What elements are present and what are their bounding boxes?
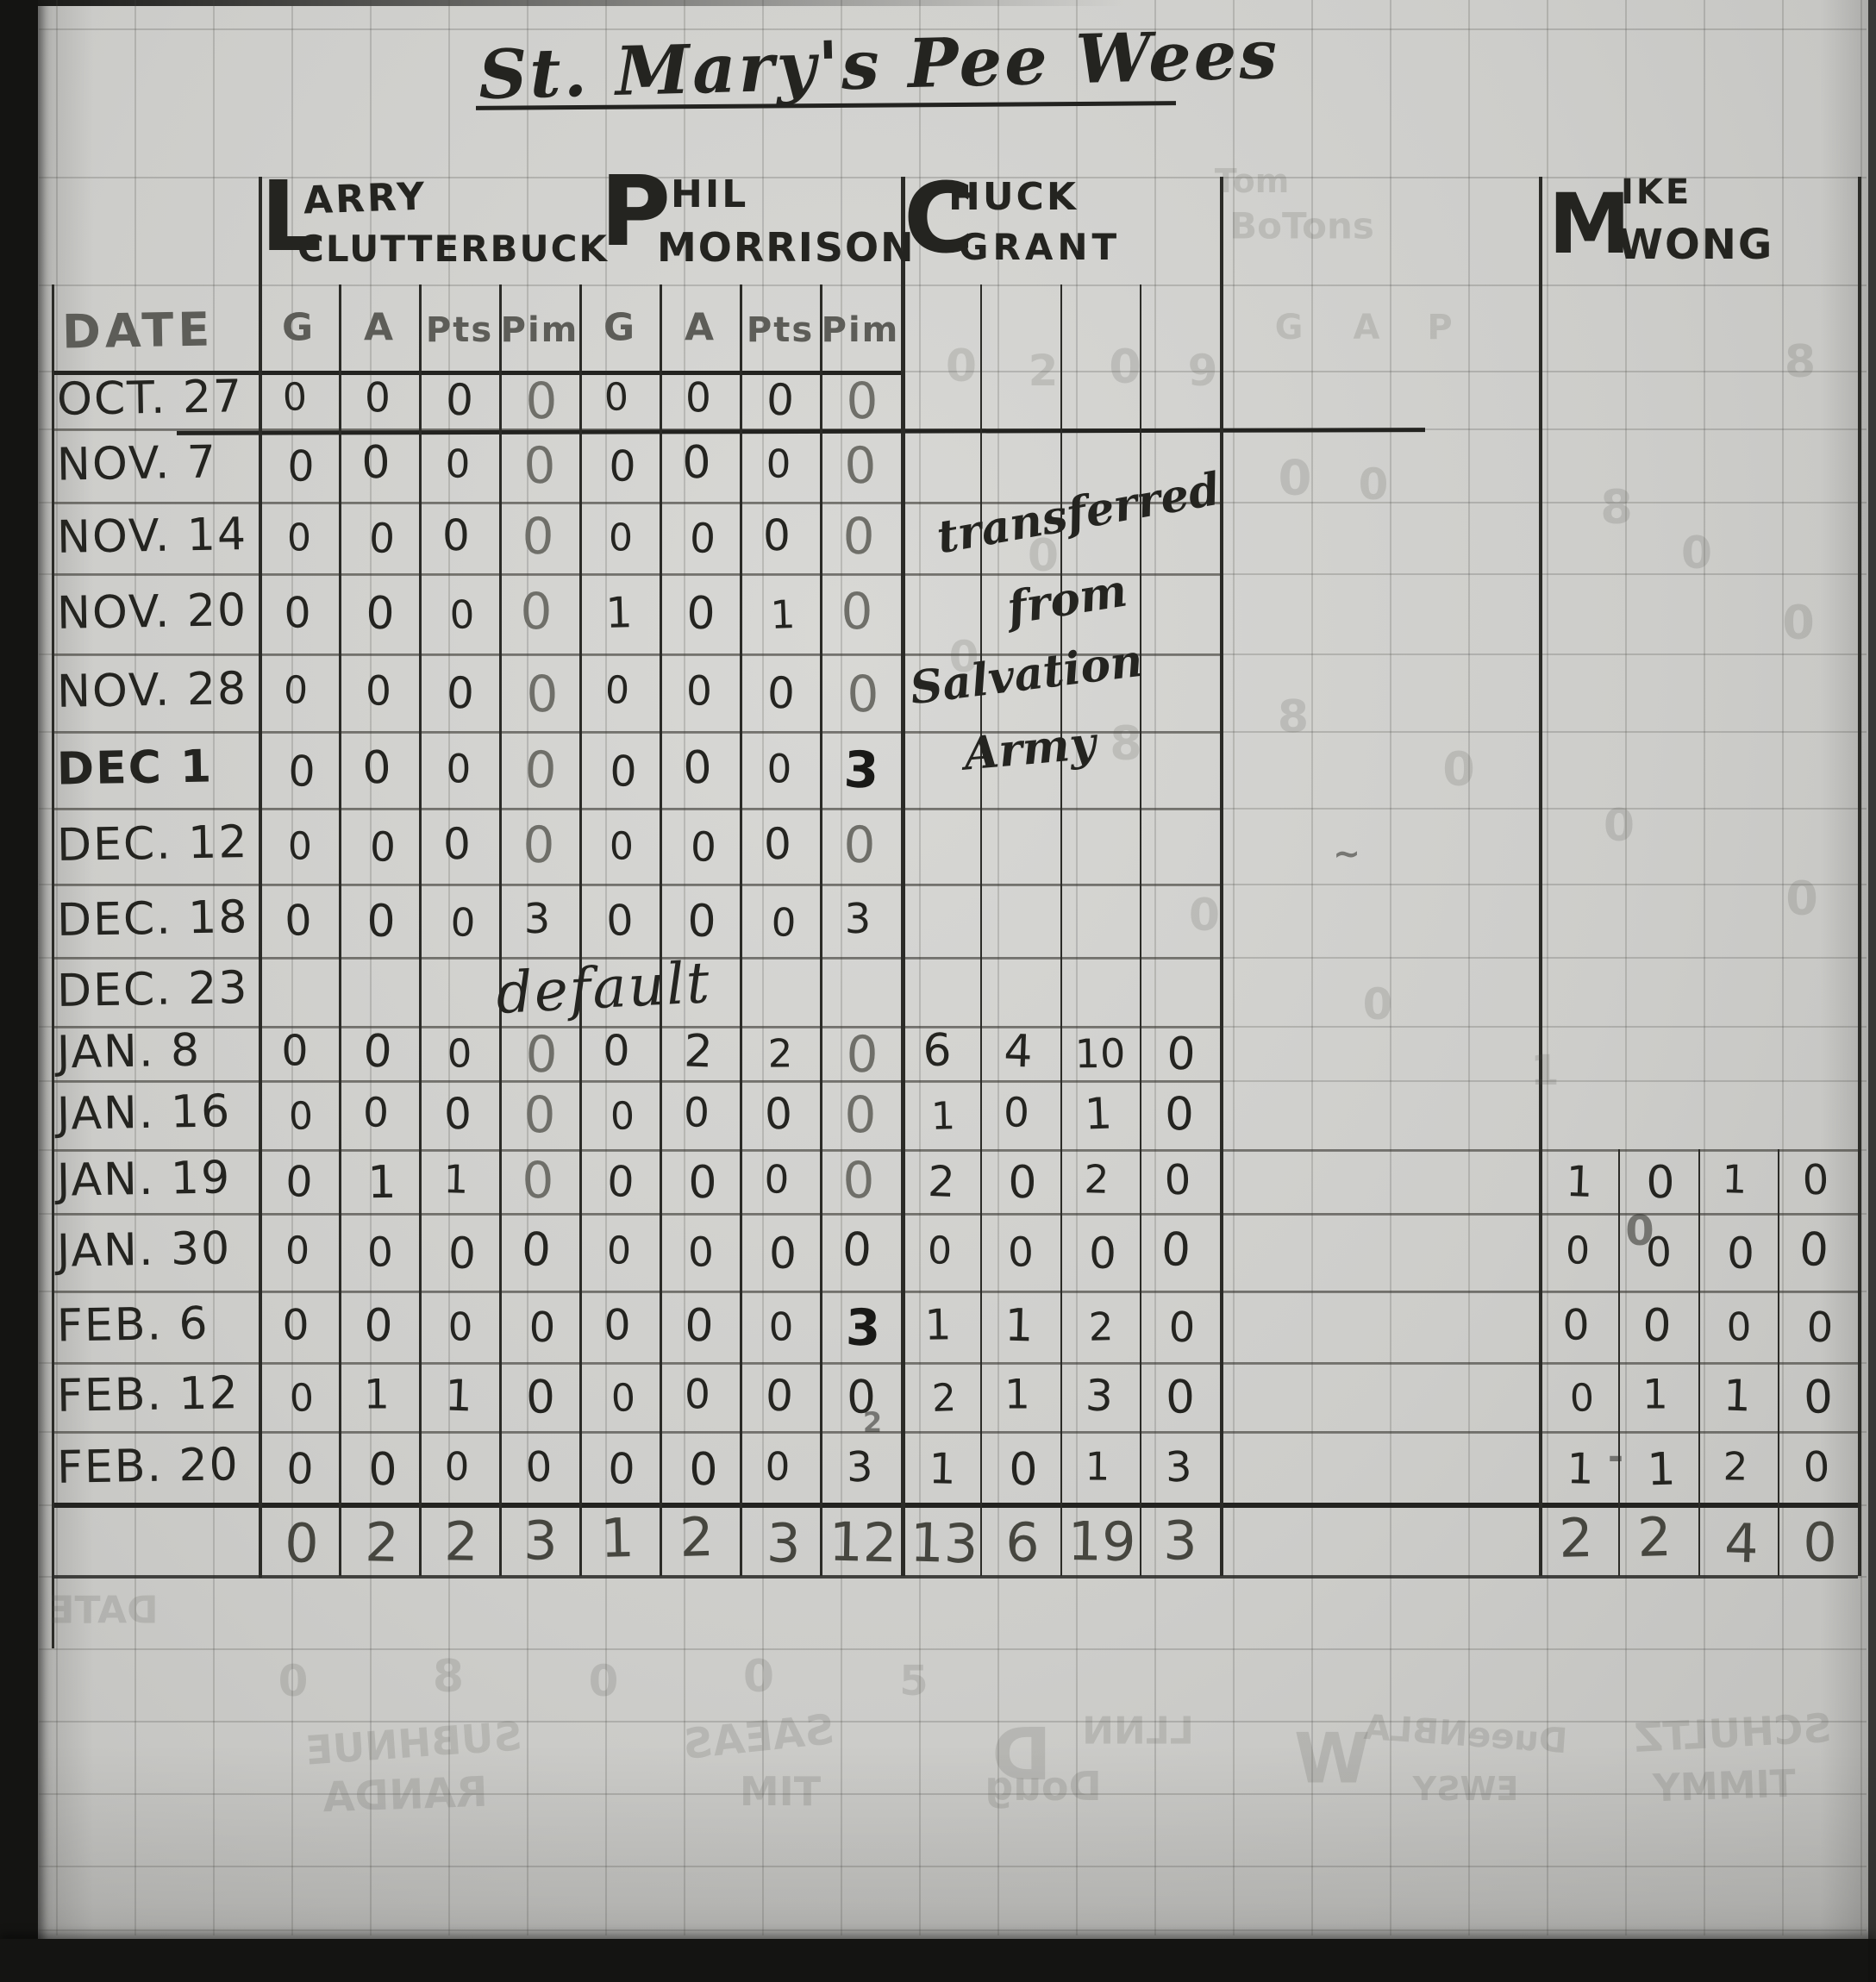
grid-line [1390,0,1391,1935]
cell-larry-g: 0 [289,1376,315,1421]
cell-larry-pts: 0 [445,441,470,487]
cell-phil-a: 0 [686,668,713,716]
column-header-date: DATE [61,302,214,359]
grid-line [339,284,341,1576]
ghost-text: 0 [278,1656,309,1706]
cell-larry-a: 0 [361,741,391,794]
cell-phil-pim: 0 [845,1085,877,1144]
cell-chuck-g: 2 [927,1157,955,1207]
ghost-text: Tom [1215,162,1290,200]
ghost-text: 8 [433,1651,464,1703]
cell-larry-g: 0 [288,825,313,869]
grid-line [980,284,982,1576]
ghost-text: 0 [1279,451,1312,507]
cell-phil-g: 0 [603,1027,629,1076]
cell-wong-pts: 0 [1727,1229,1754,1279]
grid-line [762,0,764,1935]
cell-phil-g: 1 [605,588,634,638]
cell-phil-pts: 0 [769,1229,797,1279]
cell-larry-pim: 0 [526,664,560,723]
cell-larry-g: 0 [281,1027,308,1076]
cell-larry-pts: 0 [444,1443,469,1489]
ghost-text: Doug [985,1763,1101,1810]
grid-line [1154,0,1156,1935]
player-last-name: CLUTTERBUCK [297,228,609,270]
cell-phil-a: 0 [690,824,716,872]
grid-line [1060,284,1062,1576]
cell-wong-pim: 0 [1804,1371,1833,1423]
cell-chuck-g: 1 [929,1444,957,1494]
player-last-name: GRANT [959,226,1121,268]
grid-line [820,284,822,1576]
cell-wong-a: 0 [1646,1157,1675,1209]
ghost-text: TIM [740,1768,821,1815]
scan-edge-right [1868,0,1876,1982]
cell-larry-pim: 0 [526,1371,555,1423]
cell-chuck-pim: 0 [1160,1222,1191,1276]
cell-larry-a: 0 [369,824,396,872]
cell-phil-pim: 3 [845,1298,880,1357]
column-header-a: A [364,306,395,350]
cell-phil-pim: 0 [842,1150,876,1210]
cell-larry-pim: 0 [525,1442,553,1491]
total-phil-pts: 3 [766,1511,801,1575]
ghost-text: EWSY [1413,1770,1519,1808]
cell-larry-pim: 0 [528,1304,555,1352]
date-cell: DEC. 12 [56,816,248,872]
total-phil-g: 1 [600,1506,635,1570]
cell-phil-pts: 0 [765,1371,794,1422]
cell-larry-pim: 0 [523,740,557,799]
cell-phil-g: 0 [610,1376,636,1421]
cell-phil-g: 0 [610,825,635,869]
cell-phil-pts: 0 [766,374,795,425]
grid-line [919,0,921,1935]
total-wong-pim: 0 [1803,1510,1838,1574]
grid-line [1076,0,1078,1935]
ghost-text: 5 [899,1657,928,1705]
cell-larry-pts: 0 [442,819,471,870]
date-cell: JAN. 30 [56,1222,231,1278]
cell-wong-pts: 0 [1726,1304,1752,1350]
cell-larry-g: 0 [288,747,316,796]
cell-phil-pim: 3 [843,740,880,799]
default-note: default [495,949,713,1027]
cell-phil-pts: 0 [768,1304,794,1350]
cell-chuck-a: 1 [1004,1372,1030,1419]
cell-wong-pim: 0 [1803,1442,1831,1491]
ghost-text: 0 [1782,596,1815,650]
cell-larry-pim: 0 [522,507,555,566]
column-header-pim: Pim [501,310,579,350]
cell-larry-a: 0 [366,896,395,947]
cell-wong-a: 1 [1647,1443,1677,1496]
cell-larry-a: 0 [366,668,392,716]
total-larry-g: 0 [284,1511,319,1575]
grid-line [1782,0,1784,1935]
ghost-text: W [1294,1719,1370,1799]
scan-edge-bottom [0,1939,1876,1982]
ghost-text: 0 [1359,460,1389,510]
player-first-name: HIL [671,172,748,216]
cell-chuck-a: 1 [1004,1299,1035,1352]
cell-wong-pim: 0 [1806,1304,1833,1352]
cell-chuck-pim: 0 [1168,1304,1195,1352]
cell-phil-pts: 0 [766,667,795,718]
ghost-text: 0 [589,1656,619,1706]
cell-chuck-g: 1 [930,1094,955,1139]
ghost-text: 0 [1442,742,1475,797]
grid-line [52,1291,1858,1293]
cell-larry-g: 0 [282,1300,310,1349]
cell-phil-pim: 0 [847,664,880,723]
stray-mark: 2 [863,1406,882,1439]
cell-larry-a: 0 [362,1026,392,1079]
ghost-text: 0 [946,341,977,392]
cell-chuck-a: 0 [1008,1157,1037,1209]
cell-larry-g: 0 [283,668,309,713]
ghost-text: BoTons [1229,205,1374,247]
ghost-text: P [1427,308,1452,347]
cell-phil-pim: 0 [846,371,879,429]
ghost-text: G [1275,308,1304,347]
cell-wong-g: 1 [1566,1444,1595,1494]
date-cell: DEC. 18 [56,891,248,947]
cell-wong-g: 1 [1565,1157,1593,1207]
ghost-text: SCHULTZ [1633,1704,1833,1761]
cell-larry-pim: 3 [523,895,550,943]
grid-line [1220,177,1223,1576]
total-larry-pts: 2 [444,1510,478,1573]
grid-line [259,177,262,1578]
column-header-g: G [282,306,315,350]
date-cell: JAN. 16 [56,1085,231,1141]
grid-line [52,1575,1858,1579]
cell-phil-g: 0 [609,516,633,560]
cell-larry-pim: 0 [525,371,558,429]
cell-phil-pim: 0 [843,816,876,874]
grid-line [52,808,1220,810]
grid-line [52,1362,1858,1365]
stray-mark: 0 [1625,1207,1654,1255]
grid-line [52,1149,1858,1152]
ghost-text: 8 [1278,691,1309,743]
cell-chuck-pts: 3 [1085,1371,1114,1422]
cell-phil-pts: 0 [764,1156,790,1203]
player-last-name: WONG [1617,221,1773,269]
cell-larry-pts: 0 [447,746,472,791]
cell-wong-g: 0 [1569,1376,1595,1421]
date-cell: NOV. 14 [56,509,247,564]
ghost-text: 0 [1189,890,1220,941]
ghost-text: 0 [1681,528,1712,579]
date-cell: DEC 1 [56,741,213,795]
ghost-text: 8 [1110,716,1142,771]
grid-line [1698,1149,1700,1576]
total-phil-a: 2 [678,1505,714,1569]
cell-phil-g: 0 [610,1094,635,1139]
cell-phil-pim: 0 [843,435,877,495]
stray-mark: ~ [1333,835,1360,872]
cell-larry-pts: 1 [443,1156,469,1203]
total-wong-g: 2 [1559,1506,1594,1570]
cell-chuck-a: 0 [1004,1089,1030,1136]
ghost-text: DueeNBLA [1363,1708,1569,1761]
grid-line [1625,0,1627,1935]
cell-wong-a: 1 [1642,1372,1668,1419]
cell-phil-pim: 0 [841,1222,872,1276]
column-header-g: G [603,306,636,350]
cell-phil-a: 0 [685,1372,710,1419]
grid-line [419,284,422,1576]
cell-chuck-a: 0 [1007,1229,1035,1277]
cell-wong-pim: 0 [1798,1222,1829,1276]
cell-larry-a: 0 [368,1443,398,1496]
ghost-text: 0 [949,632,979,682]
cell-larry-pts: 0 [450,899,477,946]
column-header-pts: Pts [426,310,493,350]
player-first-name: IKE [1621,172,1692,212]
grid-line [39,1793,1867,1795]
grid-line [52,1213,1858,1216]
ghost-text: A [1354,308,1380,347]
grid-line [1858,177,1861,1576]
cell-larry-pts: 1 [444,1371,473,1422]
transfer-note-line: transferred [933,463,1223,565]
cell-phil-a: 2 [683,1026,713,1079]
grid-line [370,0,372,1935]
date-cell: JAN. 8 [56,1024,201,1079]
grid-line [52,1431,1858,1434]
cell-larry-pim: 0 [524,1085,556,1144]
cell-phil-a: 0 [682,437,712,490]
cell-larry-pts: 0 [443,1088,472,1139]
total-chuck-a: 6 [1005,1510,1041,1574]
cell-phil-a: 0 [689,1443,719,1496]
cell-phil-pts: 0 [766,441,791,487]
grid-line [52,1026,1220,1029]
total-wong-pts: 4 [1723,1511,1759,1575]
column-header-a: A [685,306,716,350]
total-wong-a: 2 [1636,1505,1672,1569]
ghost-text: 0 [1109,340,1141,394]
ghost-text: 0 [1785,872,1818,926]
cell-larry-g: 0 [287,441,316,491]
cell-larry-pts: 0 [448,1229,476,1279]
cell-chuck-g: 0 [928,1229,953,1273]
cell-larry-pim: 0 [522,435,556,495]
cell-larry-g: 0 [286,1444,315,1494]
player-last-name: MORRISON [657,224,916,271]
grid-line [448,0,450,1935]
date-cell: NOV. 7 [56,436,217,491]
cell-larry-a: 0 [365,375,391,422]
ghost-text: 8 [1600,480,1633,535]
cell-chuck-pts: 1 [1085,1443,1110,1489]
total-chuck-pim: 3 [1163,1510,1198,1572]
date-cell: NOV. 28 [56,663,247,718]
cell-larry-a: 0 [366,1229,394,1277]
cell-phil-a: 0 [685,1299,715,1352]
cell-larry-a: 0 [368,515,396,563]
date-cell: DEC. 23 [56,962,248,1017]
ghost-text: LLNN [1082,1710,1194,1754]
cell-chuck-pim: 3 [1165,1442,1193,1491]
page-title: St. Mary's Pee Wees [478,16,1280,115]
cell-larry-pts: 0 [447,1304,473,1350]
cell-chuck-pts: 1 [1084,1088,1113,1139]
cell-larry-pts: 0 [442,510,471,560]
date-cell: FEB. 6 [56,1297,209,1352]
cell-wong-g: 0 [1562,1300,1590,1349]
grid-line [660,284,662,1576]
grid-line [52,884,1220,886]
cell-phil-pts: 0 [763,510,791,560]
cell-larry-pts: 0 [446,667,474,718]
grid-line [1468,0,1470,1935]
cell-chuck-pim: 0 [1164,1155,1191,1204]
cell-phil-a: 0 [687,896,716,947]
cell-wong-pts: 1 [1723,1371,1752,1422]
cell-phil-a: 0 [687,1229,715,1277]
cell-phil-a: 0 [688,1157,717,1209]
date-cell: OCT. 27 [56,371,243,426]
cell-phil-g: 0 [603,375,629,420]
cell-larry-g: 0 [285,1157,313,1207]
cell-larry-pim: 0 [521,1222,552,1276]
cell-phil-pim: 3 [846,1442,874,1491]
cell-phil-g: 0 [610,747,637,796]
cell-phil-pts: 0 [767,746,792,791]
cell-phil-pts: 1 [770,591,797,638]
cell-phil-a: 0 [685,375,711,422]
ghost-text: TIMMY [1652,1762,1797,1811]
cell-chuck-pim: 0 [1165,1089,1194,1141]
cell-larry-g: 0 [288,1094,313,1139]
cell-larry-pts: 0 [447,1030,472,1076]
cell-phil-a: 0 [686,588,716,640]
cell-phil-pts: 0 [763,819,791,870]
ghost-text: 8 [1785,336,1816,388]
cell-chuck-pim: 0 [1166,1371,1195,1423]
cell-phil-a: 0 [682,741,712,794]
grid-line [39,284,1867,286]
grid-line [1704,0,1705,1935]
grid-line [39,1648,1867,1650]
cell-larry-pts: 0 [449,591,476,638]
player-first-name: ARRY [303,175,428,223]
cell-larry-g: 0 [282,375,308,420]
cell-wong-a: 0 [1642,1299,1673,1352]
ghost-text: 0 [1604,800,1635,852]
cell-phil-g: 0 [605,895,634,945]
cell-wong-pts: 2 [1723,1443,1748,1489]
cell-chuck-g: 6 [922,1025,951,1077]
cell-larry-pim: 0 [522,1150,555,1210]
date-cell: FEB. 20 [56,1439,240,1494]
grid-line [1311,0,1313,1935]
cell-phil-pim: 0 [841,582,873,641]
column-header-pim: Pim [822,310,900,350]
cell-phil-g: 0 [604,668,630,713]
column-header-pts: Pts [747,310,814,350]
cell-larry-pim: 0 [521,582,553,641]
grid-line [997,0,999,1935]
ghost-text: 0 [1028,530,1059,582]
cell-larry-pim: 0 [522,816,555,874]
cell-wong-g: 0 [1566,1229,1591,1273]
date-cell: FEB. 12 [56,1367,240,1422]
cell-phil-g: 0 [609,441,637,491]
date-cell: NOV. 20 [56,585,247,640]
transfer-note-line: Salvation [907,635,1146,716]
cell-chuck-pts: 10 [1074,1029,1125,1077]
total-phil-pim: 12 [829,1510,897,1575]
cell-phil-g: 0 [606,1157,635,1207]
cell-larry-pts: 0 [445,374,474,425]
cell-phil-pts: 0 [771,899,797,946]
total-larry-a: 2 [365,1510,400,1574]
cell-chuck-pim: 0 [1166,1028,1197,1080]
cell-larry-g: 0 [285,1229,310,1273]
cell-chuck-a: 4 [1003,1026,1033,1079]
grid-line [901,177,905,1576]
cell-chuck-g: 2 [931,1376,957,1421]
grid-line [39,1721,1867,1723]
ghost-text: 9 [1188,346,1218,396]
cell-phil-pim: 3 [844,895,871,943]
cell-larry-g: 0 [287,516,311,560]
cell-wong-pts: 1 [1722,1156,1748,1203]
player-first-name: HUCK [948,175,1079,219]
cell-chuck-pts: 2 [1084,1156,1110,1203]
total-chuck-pts: 19 [1067,1510,1136,1573]
cell-larry-a: 1 [364,1372,390,1419]
cell-larry-g: 0 [284,895,312,945]
cell-chuck-pts: 2 [1088,1304,1114,1350]
grid-line [841,0,842,1935]
cell-phil-g: 0 [607,1229,632,1273]
cell-phil-pim: 0 [846,1024,879,1084]
cell-phil-pts: 2 [767,1030,792,1076]
grid-line [291,0,293,1935]
grid-line [39,1866,1867,1867]
grid-line [1618,1149,1620,1576]
grid-line [579,284,582,1576]
cell-phil-g: 0 [608,1444,636,1494]
date-cell: JAN. 19 [56,1152,231,1207]
grid-line [1778,1149,1779,1576]
stray-mark: - [1608,1435,1623,1479]
ledger-page: St. Mary's Pee Wees L ARRY CLUTTERBUCK P… [0,0,1876,1982]
scan-edge-left [0,0,38,1982]
ghost-text: 0 [1363,979,1393,1029]
cell-wong-pim: 0 [1802,1155,1829,1204]
ghost-text: RANDA [322,1768,488,1823]
ghost-text: 2 [1029,346,1059,396]
cell-larry-a: 1 [367,1157,397,1209]
cell-phil-pim: 0 [842,507,876,566]
cell-chuck-g: 1 [924,1300,952,1349]
cell-phil-a: 0 [689,515,716,563]
cell-phil-pts: 0 [765,1443,790,1489]
cell-phil-a: 0 [684,1089,710,1136]
grid-line [1547,0,1548,1935]
grid-line [1539,177,1542,1576]
cell-larry-a: 0 [361,437,391,490]
scan-edge-top [0,0,1126,6]
ghost-text: SAEAS [680,1705,836,1769]
